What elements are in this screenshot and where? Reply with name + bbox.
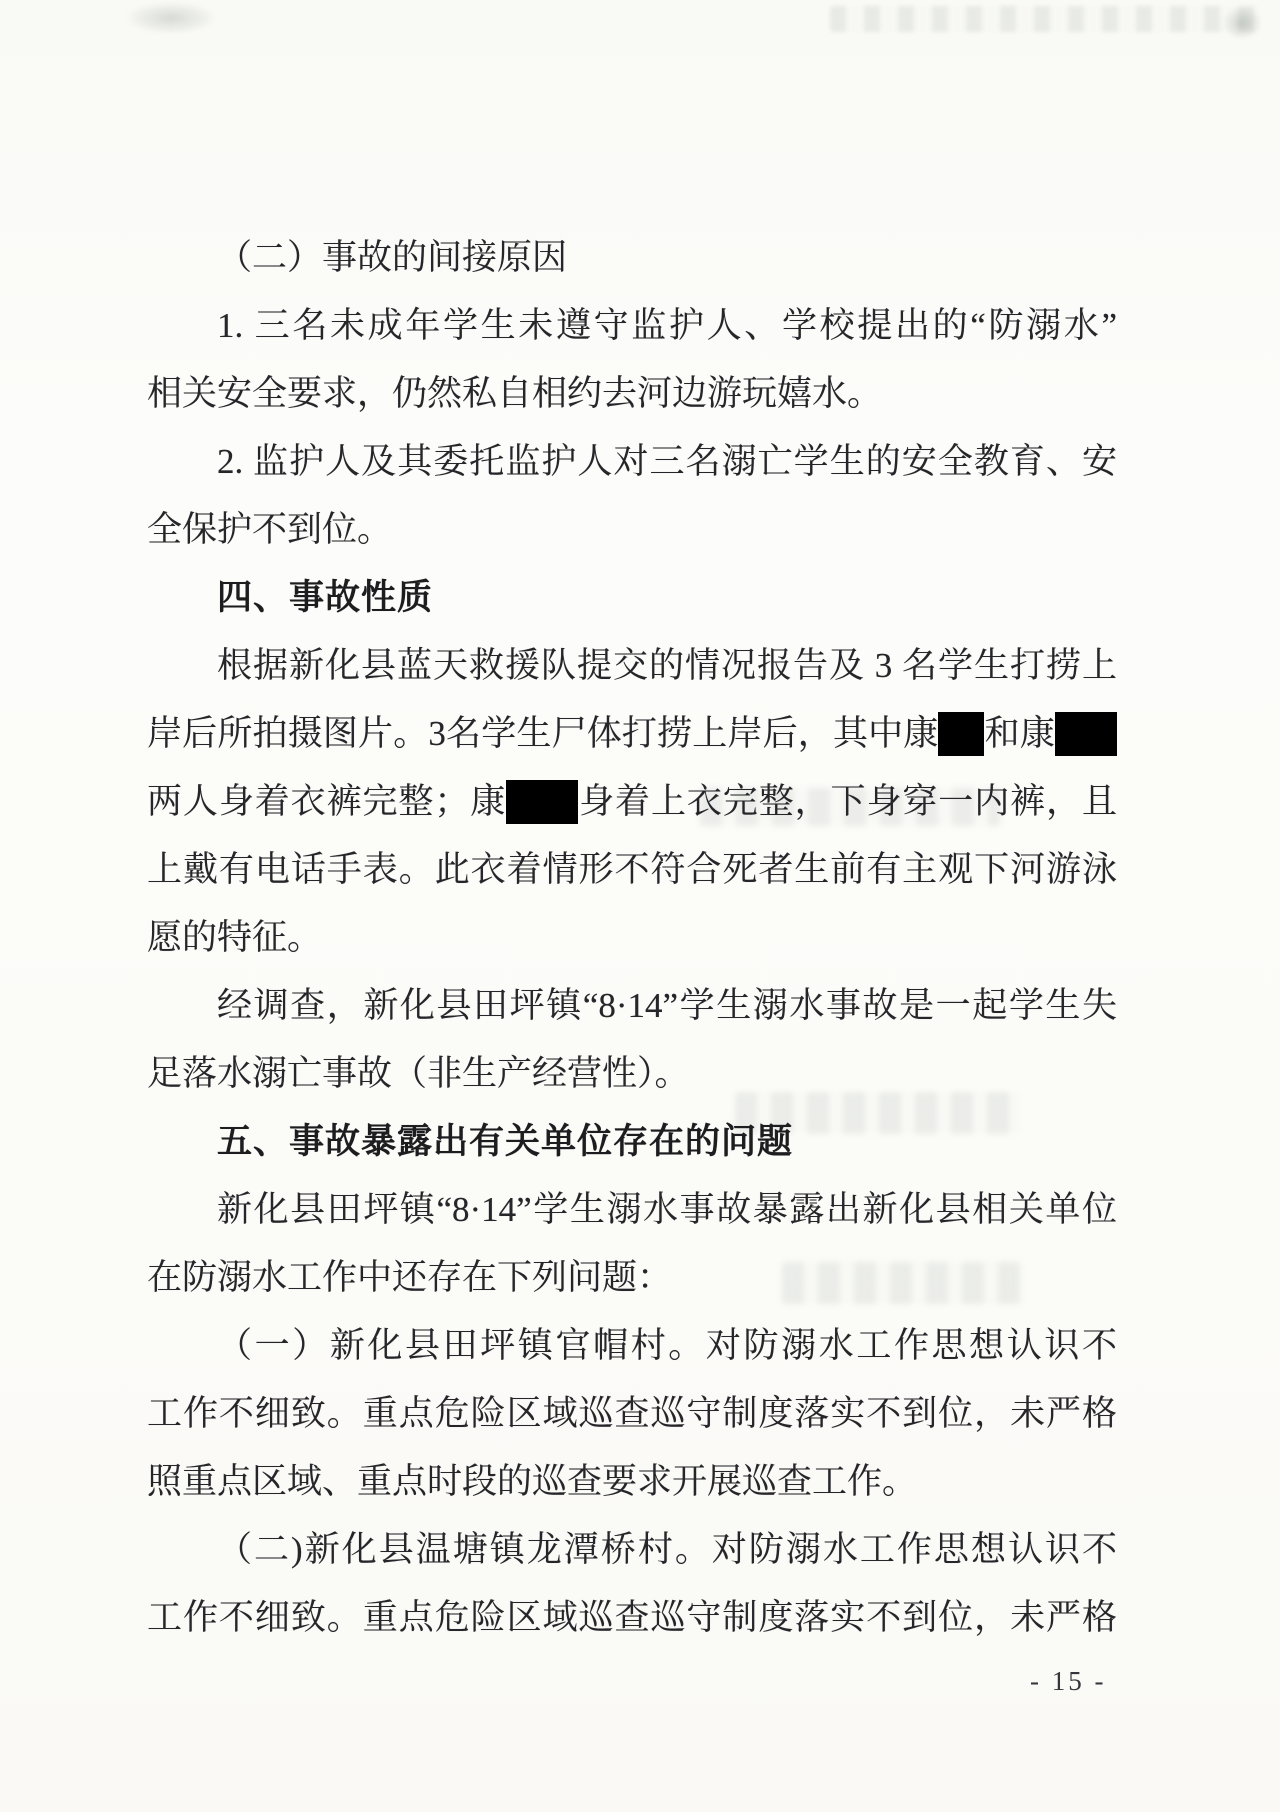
text-segment: 在防溺水工作中还存在下列问题：: [147, 1258, 672, 1297]
text-line: （二）事故的间接原因: [147, 224, 1117, 292]
text-segment: 两人身着衣裤完整；康: [147, 782, 506, 821]
redaction-box: [506, 780, 578, 824]
text-segment: 岸后所拍摄图片。3名学生尸体打捞上岸后，其中康: [147, 714, 938, 753]
text-line: （二)新化县温塘镇龙潭桥村。对防溺水工作思想认识不足，: [147, 1516, 1117, 1584]
text-segment: 上戴有电话手表。此衣着情形不符合死者生前有主观下河游泳意: [147, 850, 1117, 904]
text-segment: 1. 三名未成年学生未遵守监护人、学校提出的“防溺水”: [217, 306, 1117, 345]
text-segment: 愿的特征。: [147, 918, 322, 957]
text-line: 在防溺水工作中还存在下列问题：: [147, 1244, 1117, 1312]
section-heading-line: 四、事故性质: [147, 564, 1117, 632]
text-line: 全保护不到位。: [147, 496, 1117, 564]
text-line: 相关安全要求，仍然私自相约去河边游玩嬉水。: [147, 360, 1117, 428]
text-line: 工作不细致。重点危险区域巡查巡守制度落实不到位，未严格按: [147, 1584, 1117, 1652]
section-heading-line: 五、事故暴露出有关单位存在的问题: [147, 1108, 1117, 1176]
text-line: 新化县田坪镇“8·14”学生溺水事故暴露出新化县相关单位: [147, 1176, 1117, 1244]
text-segment: 和康: [984, 714, 1055, 753]
text-segment: 工作不细致。重点危险区域巡查巡守制度落实不到位，未严格按: [147, 1598, 1117, 1652]
text-segment: 工作不细致。重点危险区域巡查巡守制度落实不到位，未严格按: [147, 1394, 1117, 1448]
text-line: （一）新化县田坪镇官帽村。对防溺水工作思想认识不足，: [147, 1312, 1117, 1380]
text-line: 愿的特征。: [147, 904, 1117, 972]
text-segment: 新化县田坪镇“8·14”学生溺水事故暴露出新化县相关单位: [217, 1190, 1117, 1229]
text-line: 足落水溺亡事故（非生产经营性）。: [147, 1040, 1117, 1108]
document-body: （二）事故的间接原因1. 三名未成年学生未遵守监护人、学校提出的“防溺水”相关安…: [147, 224, 1117, 1652]
text-line: 岸后所拍摄图片。3名学生尸体打捞上岸后，其中康和康: [147, 700, 1117, 768]
text-segment: 足落水溺亡事故（非生产经营性）。: [147, 1054, 690, 1093]
text-line: 经调查，新化县田坪镇“8·14”学生溺水事故是一起学生失: [147, 972, 1117, 1040]
text-segment: 五、事故暴露出有关单位存在的问题: [217, 1122, 793, 1161]
page-number: - 15 -: [1030, 1666, 1106, 1697]
text-segment: 根据新化县蓝天救援队提交的情况报告及 3 名学生打捞上: [217, 646, 1117, 685]
text-line: 照重点区域、重点时段的巡查要求开展巡查工作。: [147, 1448, 1117, 1516]
text-line: 2. 监护人及其委托监护人对三名溺亡学生的安全教育、安: [147, 428, 1117, 496]
redaction-box: [938, 712, 984, 756]
scan-smudge: [830, 6, 1260, 32]
text-line: 两人身着衣裤完整；康身着上衣完整，下身穿一内裤，且手: [147, 768, 1117, 836]
text-segment: 相关安全要求，仍然私自相约去河边游玩嬉水。: [147, 374, 882, 413]
text-segment: 经调查，新化县田坪镇“8·14”学生溺水事故是一起学生失: [217, 986, 1117, 1025]
text-segment: （二)新化县温塘镇龙潭桥村。对防溺水工作思想认识不足，: [217, 1530, 1117, 1584]
document-page: （二）事故的间接原因1. 三名未成年学生未遵守监护人、学校提出的“防溺水”相关安…: [0, 0, 1280, 1812]
text-segment: （一）新化县田坪镇官帽村。对防溺水工作思想认识不足，: [217, 1326, 1117, 1380]
scan-smudge: [1222, 6, 1262, 40]
text-line: 上戴有电话手表。此衣着情形不符合死者生前有主观下河游泳意: [147, 836, 1117, 904]
text-segment: 全保护不到位。: [147, 510, 392, 549]
text-segment: 2. 监护人及其委托监护人对三名溺亡学生的安全教育、安: [217, 442, 1117, 481]
text-segment: （二）事故的间接原因: [217, 238, 567, 277]
text-segment: 照重点区域、重点时段的巡查要求开展巡查工作。: [147, 1462, 917, 1501]
redaction-box: [1055, 712, 1117, 756]
scan-smudge: [126, 2, 216, 34]
text-line: 根据新化县蓝天救援队提交的情况报告及 3 名学生打捞上: [147, 632, 1117, 700]
text-line: 工作不细致。重点危险区域巡查巡守制度落实不到位，未严格按: [147, 1380, 1117, 1448]
text-segment: 四、事故性质: [217, 578, 433, 617]
text-line: 1. 三名未成年学生未遵守监护人、学校提出的“防溺水”: [147, 292, 1117, 360]
